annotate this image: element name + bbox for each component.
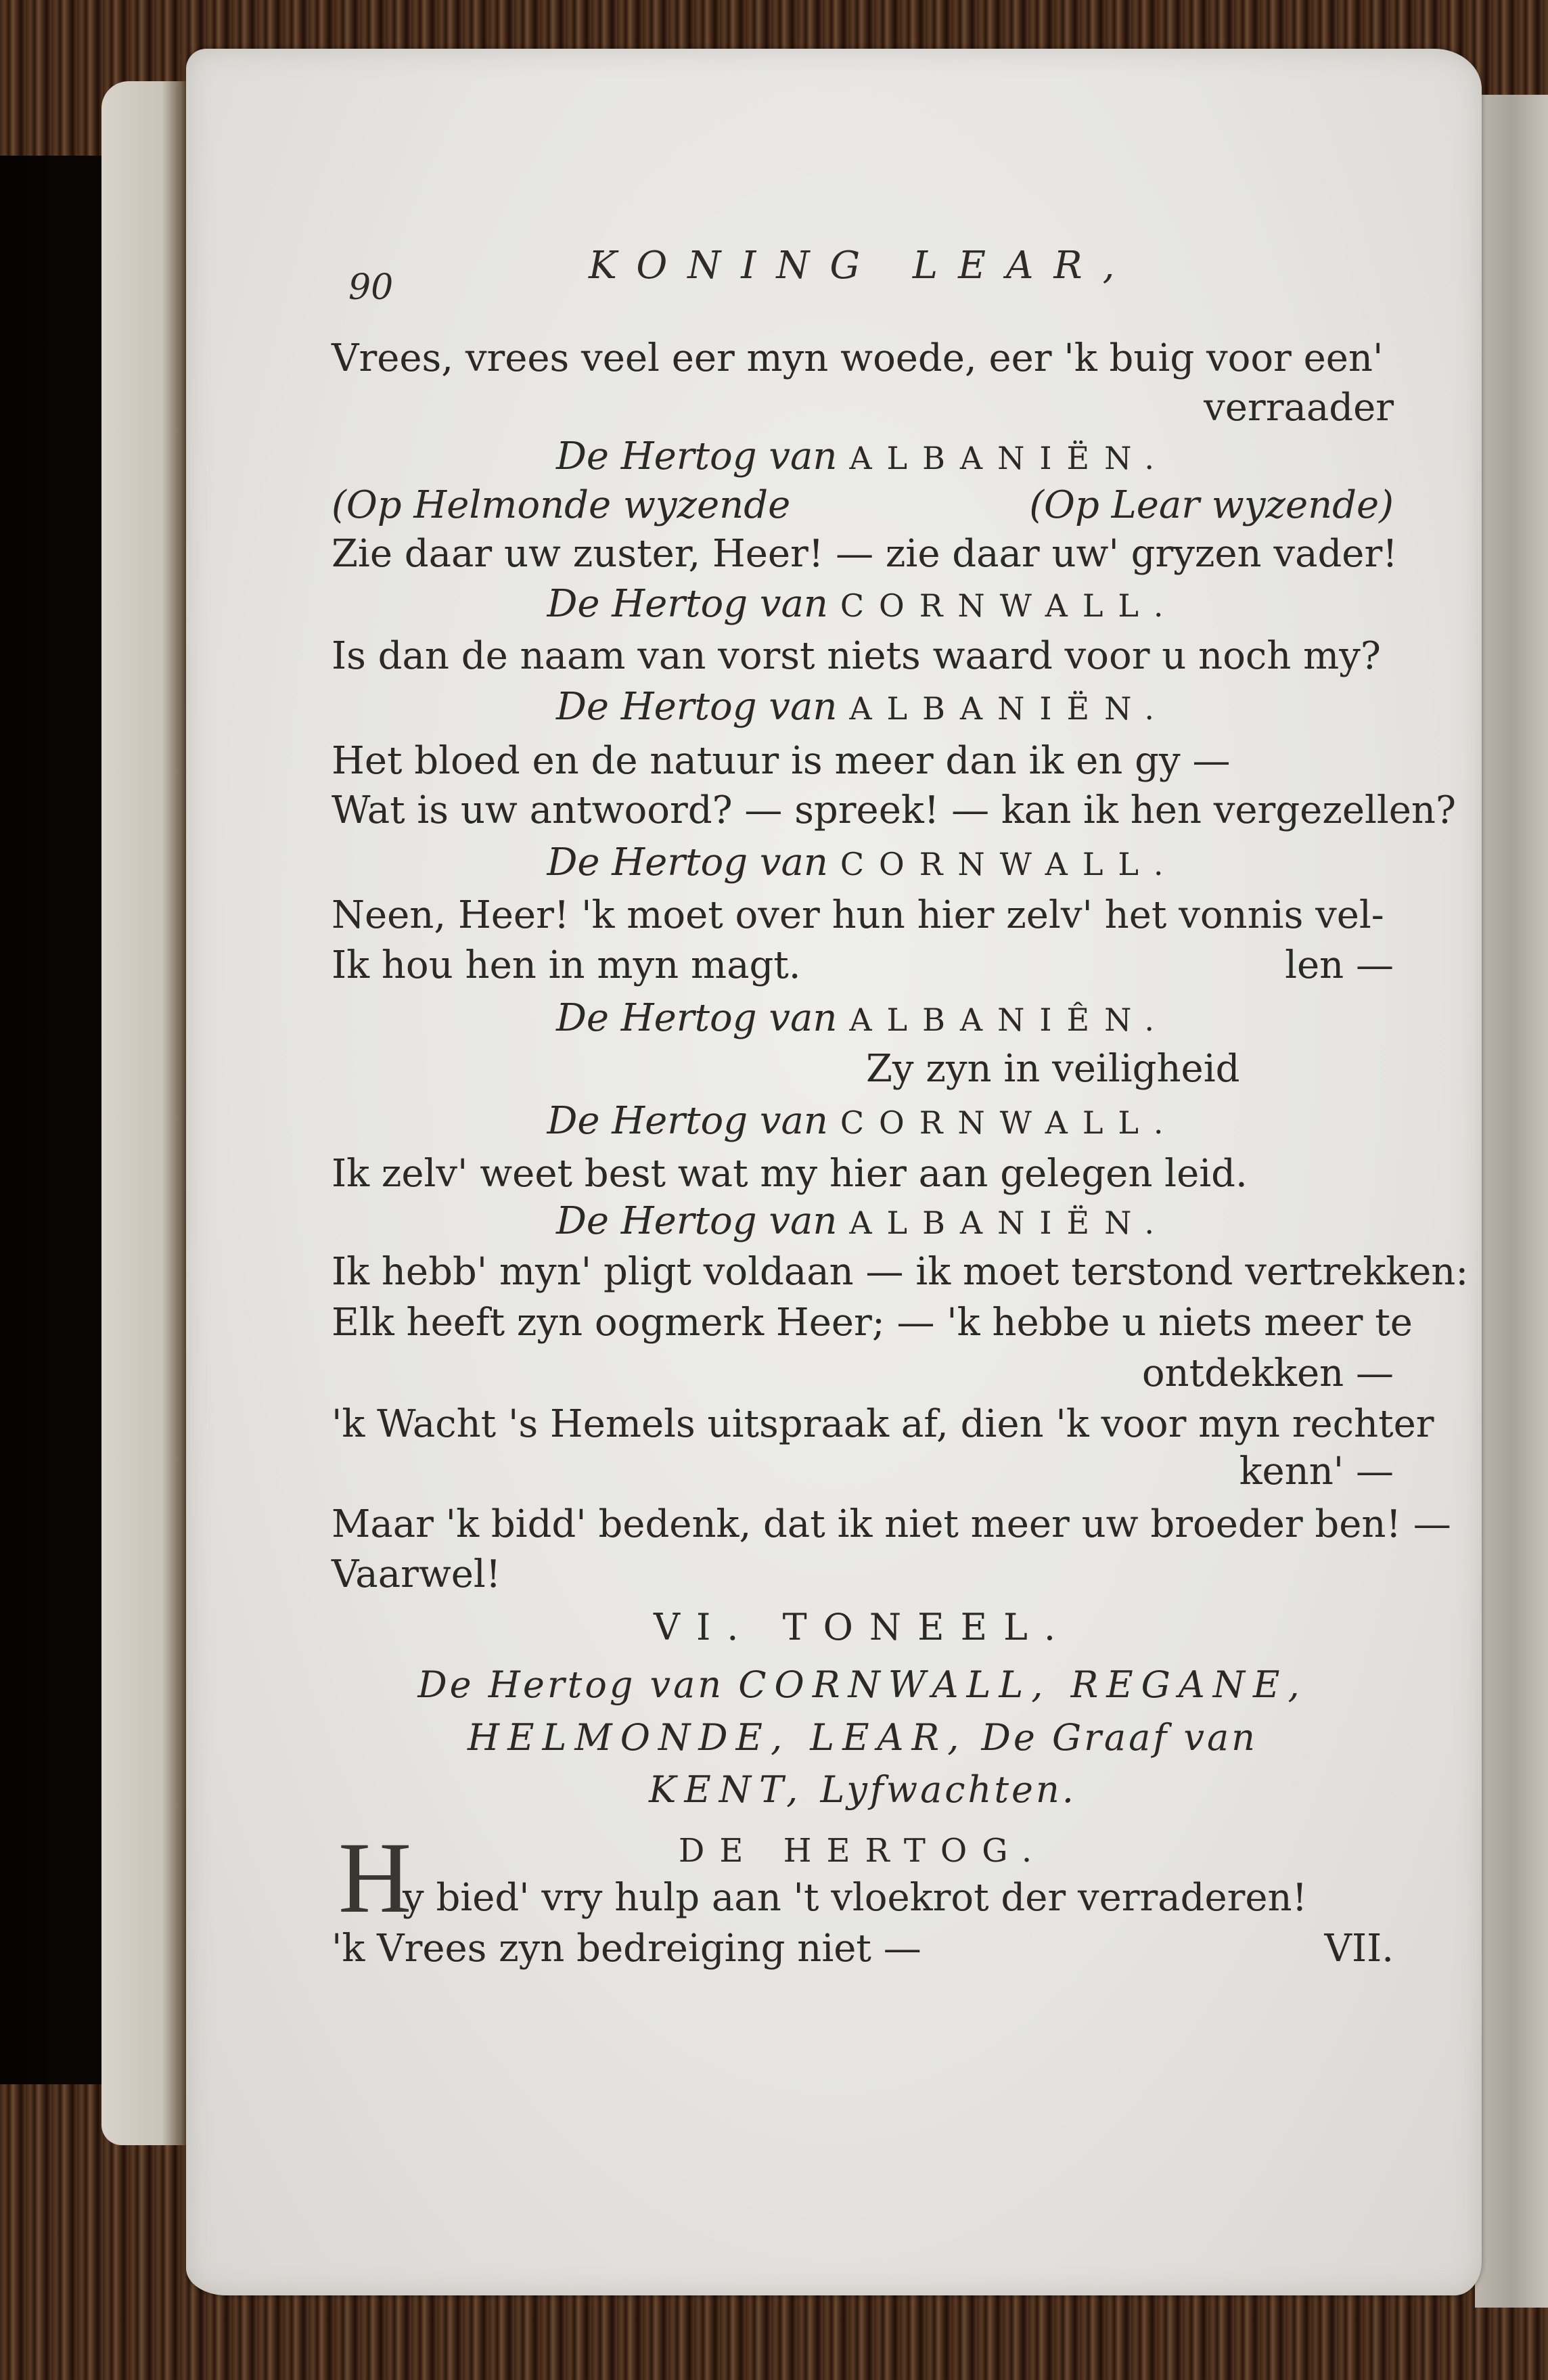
speaker-heading: De Hertog van CORNWALL. (332, 839, 1394, 888)
stage-direction-left: (Op Helmonde wyzende (332, 482, 790, 529)
cast-list-line: KENT, Lyfwachten. (332, 1766, 1394, 1814)
speaker-heading: De Hertog van CORNWALL. (332, 581, 1394, 629)
speaker-name: CORNWALL. (840, 846, 1179, 882)
speaker-name: CORNWALL. (840, 587, 1179, 624)
scene-heading: VI. TONEEL. (332, 1604, 1394, 1651)
speaker-heading: De Hertog van ALBANIËN. (332, 433, 1394, 482)
speaker-name: ALBANIËN. (849, 690, 1169, 727)
speaker-heading: De Hertog van ALBANIÊN. (332, 995, 1394, 1043)
speaker-prefix: De Hertog van (556, 1199, 838, 1243)
speaker-prefix: De Hertog van (556, 685, 838, 729)
speaker-heading: De Hertog van ALBANIËN. (332, 1198, 1394, 1247)
verse-left: Ik hou hen in myn magt. (332, 942, 801, 989)
speaker-heading: De Hertog van ALBANIËN. (332, 683, 1394, 732)
stage-direction: (Op Helmonde wyzende (Op Lear wyzende) (332, 482, 1394, 529)
verse-runover: verraader (332, 384, 1394, 432)
speaker-name: ALBANIËN. (849, 440, 1169, 476)
verse-line: Ik zelv' weet best wat my hier aan geleg… (332, 1150, 1394, 1198)
verse-line: 'k Vrees zyn bedreiging niet — (332, 1925, 921, 1973)
verse-line: Maar 'k bidd' bedenk, dat ik niet meer u… (332, 1501, 1394, 1548)
verse-line-split: Ik hou hen in myn magt. len — (332, 942, 1394, 989)
cast-names: CORNWALL, REGANE, (738, 1663, 1307, 1706)
speaker-heading: DE HERTOG. (332, 1827, 1394, 1874)
cast-list-line: HELMONDE, LEAR, De Graaf van (332, 1714, 1394, 1761)
cast-names: HELMONDE, LEAR, (468, 1716, 967, 1759)
speaker-name: ALBANIÊN. (849, 1002, 1169, 1038)
verse-line: Elk heeft zyn oogmerk Heer; — 'k hebbe u… (332, 1299, 1394, 1347)
verse-line: Wat is uw antwoord? — spreek! — kan ik h… (332, 787, 1394, 834)
verse-line: Zie daar uw zuster, Heer! — zie daar uw'… (332, 531, 1394, 578)
cast-list-line: De Hertog van CORNWALL, REGANE, (332, 1661, 1394, 1709)
speaker-heading: De Hertog van CORNWALL. (332, 1098, 1394, 1146)
page-number: 90 (348, 267, 393, 308)
page-header: 90 KONING LEAR, (332, 244, 1394, 298)
verse-runover: kenn' — (332, 1448, 1394, 1496)
cast-suffix: De Graaf van (982, 1716, 1258, 1759)
verse-line-with-catchword: 'k Vrees zyn bedreiging niet — VII. (332, 1925, 1394, 1973)
cast-names: KENT, (649, 1768, 806, 1811)
speaker-prefix: De Hertog van (547, 840, 828, 884)
speaker-prefix: De Hertog van (547, 582, 828, 626)
verse-line: Neen, Heer! 'k moet over hun hier zelv' … (332, 892, 1394, 939)
verse-right: len — (1285, 942, 1394, 989)
stage-direction-right: (Op Lear wyzende) (1029, 482, 1394, 529)
facing-page-edge (1475, 95, 1548, 2308)
verse-line: y bied' vry hulp aan 't vloekrot der ver… (332, 1874, 1394, 1922)
catchword: VII. (1325, 1925, 1394, 1973)
speaker-prefix: De Hertog van (556, 996, 838, 1040)
speaker-name: CORNWALL. (840, 1104, 1179, 1141)
speaker-prefix: De Hertog van (547, 1099, 828, 1143)
running-title: KONING LEAR, (589, 244, 1135, 288)
verse-indented: Zy zyn in veiligheid (332, 1046, 1394, 1093)
verse-line: 'k Wacht 's Hemels uitspraak af, dien 'k… (332, 1401, 1394, 1448)
cast-prefix: De Hertog van (417, 1663, 724, 1706)
speaker-prefix: De Hertog van (556, 434, 838, 478)
verse-line: Ik hebb' myn' pligt voldaan — ik moet te… (332, 1249, 1394, 1296)
verse-runover: ontdekken — (332, 1350, 1394, 1397)
verse-line: Vrees, vrees veel eer myn woede, eer 'k … (332, 335, 1394, 382)
cast-suffix: Lyfwachten. (820, 1768, 1076, 1811)
speaker-name: ALBANIËN. (849, 1205, 1169, 1241)
verse-line: Is dan de naam van vorst niets waard voo… (332, 633, 1394, 680)
verse-line: Het bloed en de natuur is meer dan ik en… (332, 738, 1394, 785)
verse-line: Vaarwel! (332, 1551, 1394, 1598)
